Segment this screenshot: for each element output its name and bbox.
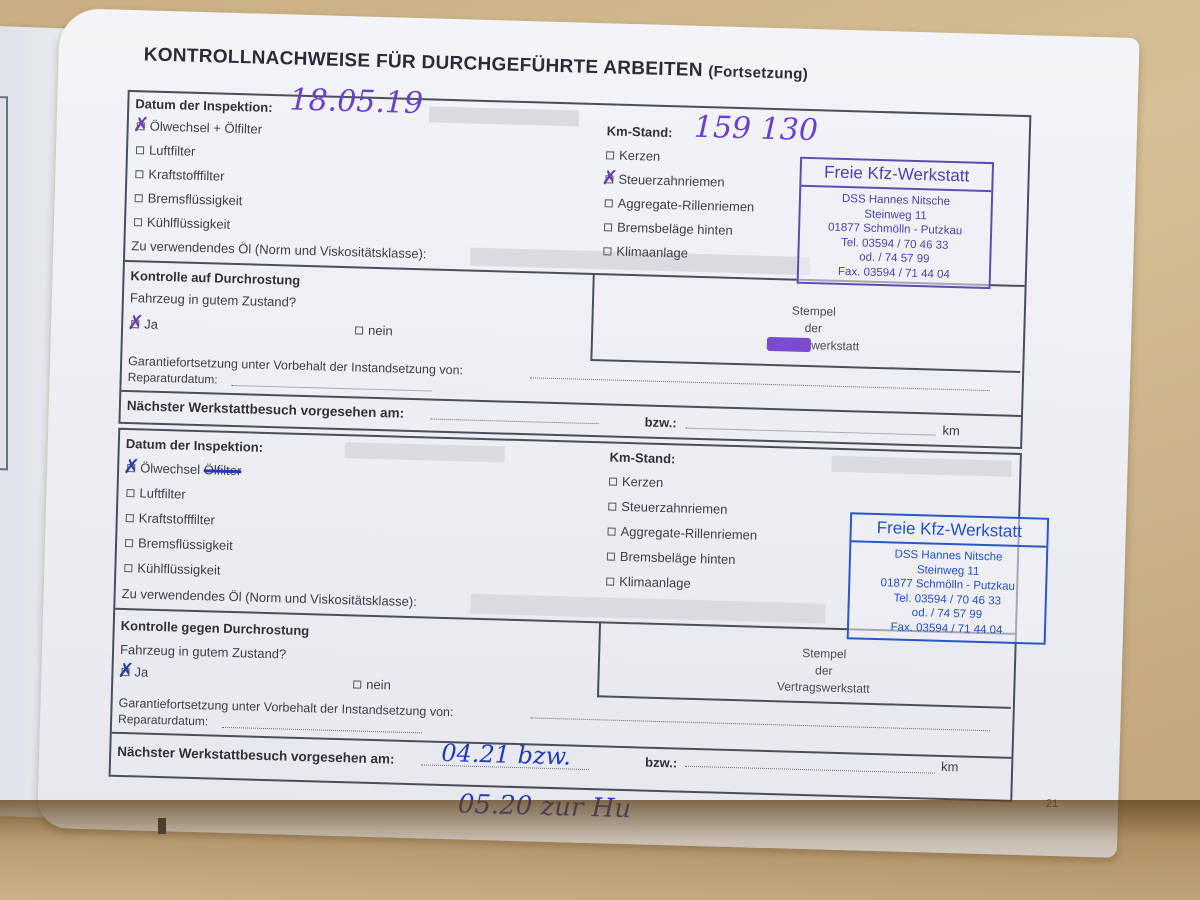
service-booklet-page: KONTROLLNACHWEISE FÜR DURCHGEFÜHRTE ARBE… <box>37 8 1139 858</box>
oil-spec-label: Zu verwendendes Öl (Norm und Viskositäts… <box>131 238 427 261</box>
stamp-body: DSS Hannes Nitsche Steinweg 11 01877 Sch… <box>799 187 992 287</box>
checkbox[interactable] <box>606 151 614 159</box>
inspection-date-label: Datum der Inspektion: <box>126 436 264 455</box>
item-steuerzahnriemen[interactable]: Steuerzahnriemen <box>605 171 725 189</box>
workshop-stamp: Freie Kfz-Werkstatt DSS Hannes Nitsche S… <box>797 157 994 289</box>
item-kraftstofffilter[interactable]: Kraftstofffilter <box>135 166 224 183</box>
km-stand-field[interactable] <box>831 456 1011 477</box>
item-klimaanlage[interactable]: Klimaanlage <box>606 573 691 590</box>
checkbox[interactable] <box>126 514 134 522</box>
warranty-field[interactable] <box>530 707 990 731</box>
km-unit: km <box>941 759 959 774</box>
option-ja[interactable]: Ja <box>131 316 158 332</box>
checkbox[interactable] <box>125 539 133 547</box>
next-visit-km-field[interactable] <box>685 756 935 774</box>
title-main: KONTROLLNACHWEISE FÜR DURCHGEFÜHRTE ARBE… <box>143 44 703 81</box>
warranty-field[interactable] <box>530 367 990 391</box>
checkbox[interactable] <box>353 680 361 688</box>
km-stand-label: Km-Stand: <box>609 450 675 467</box>
item-luftfilter[interactable]: Luftfilter <box>136 142 196 159</box>
inspection-date-field[interactable] <box>429 106 579 126</box>
inspection-entry-1: Datum der Inspektion: 18.05.19 Ölwechsel… <box>118 90 1031 449</box>
bzw-label: bzw.: <box>644 414 676 430</box>
next-visit-field[interactable] <box>431 409 599 425</box>
item-luftfilter[interactable]: Luftfilter <box>126 485 186 502</box>
km-stand-label: Km-Stand: <box>607 123 673 140</box>
item-bremsfluessigkeit[interactable]: Bremsflüssigkeit <box>125 535 233 553</box>
option-nein[interactable]: nein <box>355 322 393 338</box>
rust-check-title: Kontrolle auf Durchrostung <box>130 268 300 288</box>
stamp-area-label: Stempel der Vertragswerkstatt <box>743 643 904 698</box>
option-nein[interactable]: nein <box>353 676 391 692</box>
repair-date-field[interactable] <box>222 717 422 734</box>
option-ja[interactable]: Ja <box>121 664 148 680</box>
page-title: KONTROLLNACHWEISE FÜR DURCHGEFÜHRTE ARBE… <box>143 44 808 85</box>
checkbox[interactable] <box>607 527 615 535</box>
item-kerzen[interactable]: Kerzen <box>609 474 664 491</box>
checkbox[interactable] <box>604 223 612 231</box>
workshop-stamp: Freie Kfz-Werkstatt DSS Hannes Nitsche S… <box>847 512 1049 645</box>
checkbox[interactable] <box>603 247 611 255</box>
checkbox-checked[interactable] <box>137 122 145 130</box>
next-visit-value[interactable]: 04.21 bzw. <box>441 739 571 771</box>
checkbox[interactable] <box>135 170 143 178</box>
item-aggregate-rillenriemen[interactable]: Aggregate-Rillenriemen <box>605 195 755 214</box>
title-suffix: (Fortsetzung) <box>708 63 808 83</box>
item-kuehlfluessigkeit[interactable]: Kühlflüssigkeit <box>134 214 230 232</box>
stamp-area-label: Stempel der Vertragswerkstatt <box>723 301 904 357</box>
item-oelwechsel[interactable]: Ölwechsel Ölfilter <box>127 460 242 478</box>
checkbox[interactable] <box>355 326 363 334</box>
next-visit-km-field[interactable] <box>685 418 935 436</box>
checkbox[interactable] <box>135 194 143 202</box>
oil-spec-label: Zu verwendendes Öl (Norm und Viskositäts… <box>121 586 417 609</box>
next-visit-label: Nächster Werkstattbesuch vorgesehen am: <box>117 744 395 767</box>
stamp-body: DSS Hannes Nitsche Steinweg 11 01877 Sch… <box>849 542 1047 642</box>
checkbox-checked[interactable] <box>131 320 139 328</box>
item-kuehlfluessigkeit[interactable]: Kühlflüssigkeit <box>124 560 220 578</box>
checkbox[interactable] <box>608 502 616 510</box>
item-oelwechsel[interactable]: Ölwechsel + Ölfilter <box>137 118 263 136</box>
item-steuerzahnriemen[interactable]: Steuerzahnriemen <box>608 499 728 517</box>
vehicle-good-label: Fahrzeug in gutem Zustand? <box>120 642 287 662</box>
item-klimaanlage[interactable]: Klimaanlage <box>603 243 688 260</box>
inspection-entry-2: Datum der Inspektion: Ölwechsel Ölfilter… <box>109 428 1022 802</box>
bzw-label: bzw.: <box>645 755 677 771</box>
inspection-date-field[interactable] <box>345 442 505 462</box>
table-shadow <box>0 800 1200 900</box>
checkbox[interactable] <box>124 564 132 572</box>
checkbox-checked[interactable] <box>127 464 135 472</box>
km-unit: km <box>942 423 960 438</box>
checkbox-checked[interactable] <box>605 175 613 183</box>
struck-text: Vertrags <box>766 337 811 352</box>
left-page-frame <box>0 96 8 470</box>
repair-date-label: Reparaturdatum: <box>128 370 218 387</box>
checkbox[interactable] <box>609 477 617 485</box>
checkbox[interactable] <box>607 552 615 560</box>
next-visit-label: Nächster Werkstattbesuch vorgesehen am: <box>127 398 405 421</box>
struck-oelfilter: Ölfilter <box>204 462 242 478</box>
checkbox[interactable] <box>605 199 613 207</box>
vehicle-good-label: Fahrzeug in gutem Zustand? <box>130 290 297 310</box>
item-kraftstofffilter[interactable]: Kraftstofffilter <box>126 510 215 527</box>
repair-date-label: Reparaturdatum: <box>118 712 208 729</box>
item-kerzen[interactable]: Kerzen <box>606 147 661 164</box>
rust-check-title: Kontrolle gegen Durchrostung <box>121 618 310 638</box>
item-bremsbelaege-hinten[interactable]: Bremsbeläge hinten <box>607 548 736 567</box>
checkbox[interactable] <box>134 218 142 226</box>
item-aggregate-rillenriemen[interactable]: Aggregate-Rillenriemen <box>607 523 757 542</box>
inspection-date-value[interactable]: 18.05.19 <box>289 82 424 121</box>
km-stand-value[interactable]: 159 130 <box>693 110 818 148</box>
checkbox[interactable] <box>606 577 614 585</box>
checkbox-checked[interactable] <box>121 668 129 676</box>
inspection-date-label: Datum der Inspektion: <box>135 96 273 115</box>
repair-date-field[interactable] <box>232 375 432 392</box>
item-bremsfluessigkeit[interactable]: Bremsflüssigkeit <box>135 190 243 208</box>
checkbox[interactable] <box>136 146 144 154</box>
checkbox[interactable] <box>126 489 134 497</box>
item-bremsbelaege-hinten[interactable]: Bremsbeläge hinten <box>604 219 733 238</box>
